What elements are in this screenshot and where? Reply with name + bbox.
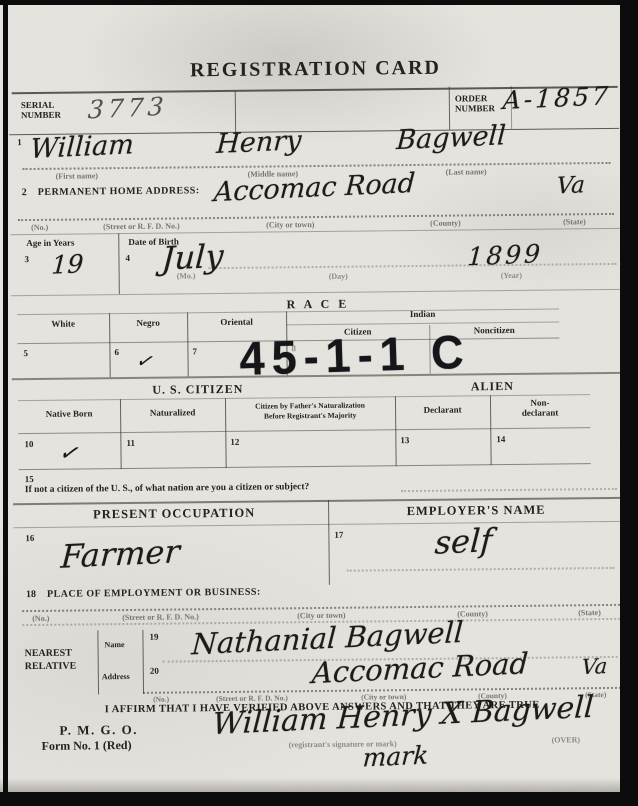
dob-caption-month: (Mo.) [177,271,196,280]
race-negro-checkmark: ✓ [133,348,158,374]
nearest-relative-header-line2: RELATIVE [25,660,77,674]
home-address-handwriting: Accomac Road [213,168,416,208]
employment-place-label: PLACE OF EMPLOYMENT OR BUSINESS: [47,587,261,600]
race-white-label: White [17,318,109,329]
order-number-value: A-1857 [502,81,612,115]
relative-address-number: 20 [150,666,159,676]
age-dob-divider [118,233,120,294]
mark-handwriting: mark [362,740,429,772]
native-born-number: 10 [24,439,33,449]
declarant-number: 13 [400,435,409,445]
address-baseline [18,213,614,221]
naturalized-label: Naturalized [120,407,225,418]
q18-caption-no: (No.) [32,614,49,623]
native-born-label: Native Born [18,408,120,419]
occupation-number: 16 [25,533,34,543]
dob-caption-year: (Year) [501,271,522,280]
q1-number: 1 [17,137,22,147]
race-indian-label: Indian [286,307,559,320]
occupation-employer-divider [328,500,330,585]
card-content: REGISTRATION CARD SERIAL NUMBER 3773 ORD… [0,0,638,806]
citizen-table-bottom-rule [19,463,591,470]
over-caption: (OVER) [551,735,580,744]
race-white-number: 5 [23,348,28,358]
race-negro-label: Negro [109,317,187,328]
employer-number: 17 [334,530,343,540]
scan-edge-right [620,0,638,806]
home-address-label: PERMANENT HOME ADDRESS: [38,185,200,198]
q15-number: 15 [25,474,34,484]
naturalized-number: 11 [126,438,135,448]
age-row-top-rule [10,228,620,235]
declarant-label: Declarant [395,404,490,415]
employer-baseline [347,567,615,572]
employer-handwriting: self [434,521,494,562]
q18-caption-city: (City or town) [297,611,345,621]
relative-divider-2 [142,630,144,694]
q15-question-text: If not a citizen of the U. S., of what n… [25,482,309,495]
last-name-handwriting: Bagwell [395,120,506,156]
occupation-handwriting: Farmer [60,532,181,576]
dob-cell-number: 4 [125,253,130,263]
scan-edge-top [0,0,638,5]
serial-number-value: 3773 [87,92,168,125]
first-name-handwriting: William [29,129,134,165]
employer-header: EMPLOYER'S NAME [331,502,621,520]
q18-number: 18 [26,589,36,600]
race-negro-number: 6 [114,347,119,357]
name-baseline [23,162,611,170]
dob-caption-day: (Day) [329,272,348,281]
address-caption-county: (County) [430,219,461,228]
alien-header: ALIEN [395,378,590,395]
form-number: Form No. 1 (Red) [42,738,132,754]
q2-number: 2 [22,187,27,198]
middle-name-handwriting: Henry [215,125,302,160]
scan-edge-bottom [0,792,638,806]
dob-baseline [209,263,617,269]
last-name-caption: (Last name) [446,167,487,176]
native-born-checkmark: ✓ [56,440,85,468]
nondeclarant-line2: declarant [490,407,590,418]
nearest-relative-header-line1: NEAREST [25,647,72,660]
relative-divider-1 [97,630,99,694]
scan-edge-left [3,0,8,806]
birth-year-handwriting: 1899 [467,239,544,272]
relative-address-label: Address [102,672,130,681]
serial-number-label: SERIAL NUMBER [21,100,71,121]
home-address-state-handwriting: Va [556,172,586,199]
occupation-header: PRESENT OCCUPATION [19,505,329,523]
address-caption-street: (Street or R. F. D. No.) [103,221,180,231]
father-naturalization-line1: Citizen by Father's Naturalization [225,400,395,411]
relative-caption-no: (No.) [153,695,169,704]
card-bottom-shadow [0,778,638,792]
scanned-registration-card: REGISTRATION CARD SERIAL NUMBER 3773 ORD… [0,0,638,806]
q18-caption-state: (State) [578,608,601,617]
age-header: Age in Years [26,238,74,249]
father-naturalization-number: 12 [230,437,239,447]
age-cell-number: 3 [24,254,29,264]
race-oriental-number: 7 [192,346,197,356]
address-caption-state: (State) [563,217,586,226]
first-name-caption: (First name) [56,171,99,180]
race-oriental-label: Oriental [187,316,286,327]
address-caption-city: (City or town) [266,220,314,230]
form-agency: P. M. G. O. [59,722,138,739]
relative-name-label: Name [104,640,124,649]
card-title: REGISTRATION CARD [0,55,635,85]
father-naturalization-line2: Before Registrant's Majority [225,410,395,421]
order-number-label: ORDER NUMBER [455,93,505,114]
age-handwriting: 19 [51,249,85,280]
q18-caption-street: (Street or R. F. D. No.) [122,612,199,622]
nondeclarant-number: 14 [496,434,505,444]
q15-answer-line [401,488,617,492]
serial-box-divider [235,91,236,132]
relative-name-number: 19 [149,632,158,642]
address-caption-no: (No.) [31,223,48,232]
